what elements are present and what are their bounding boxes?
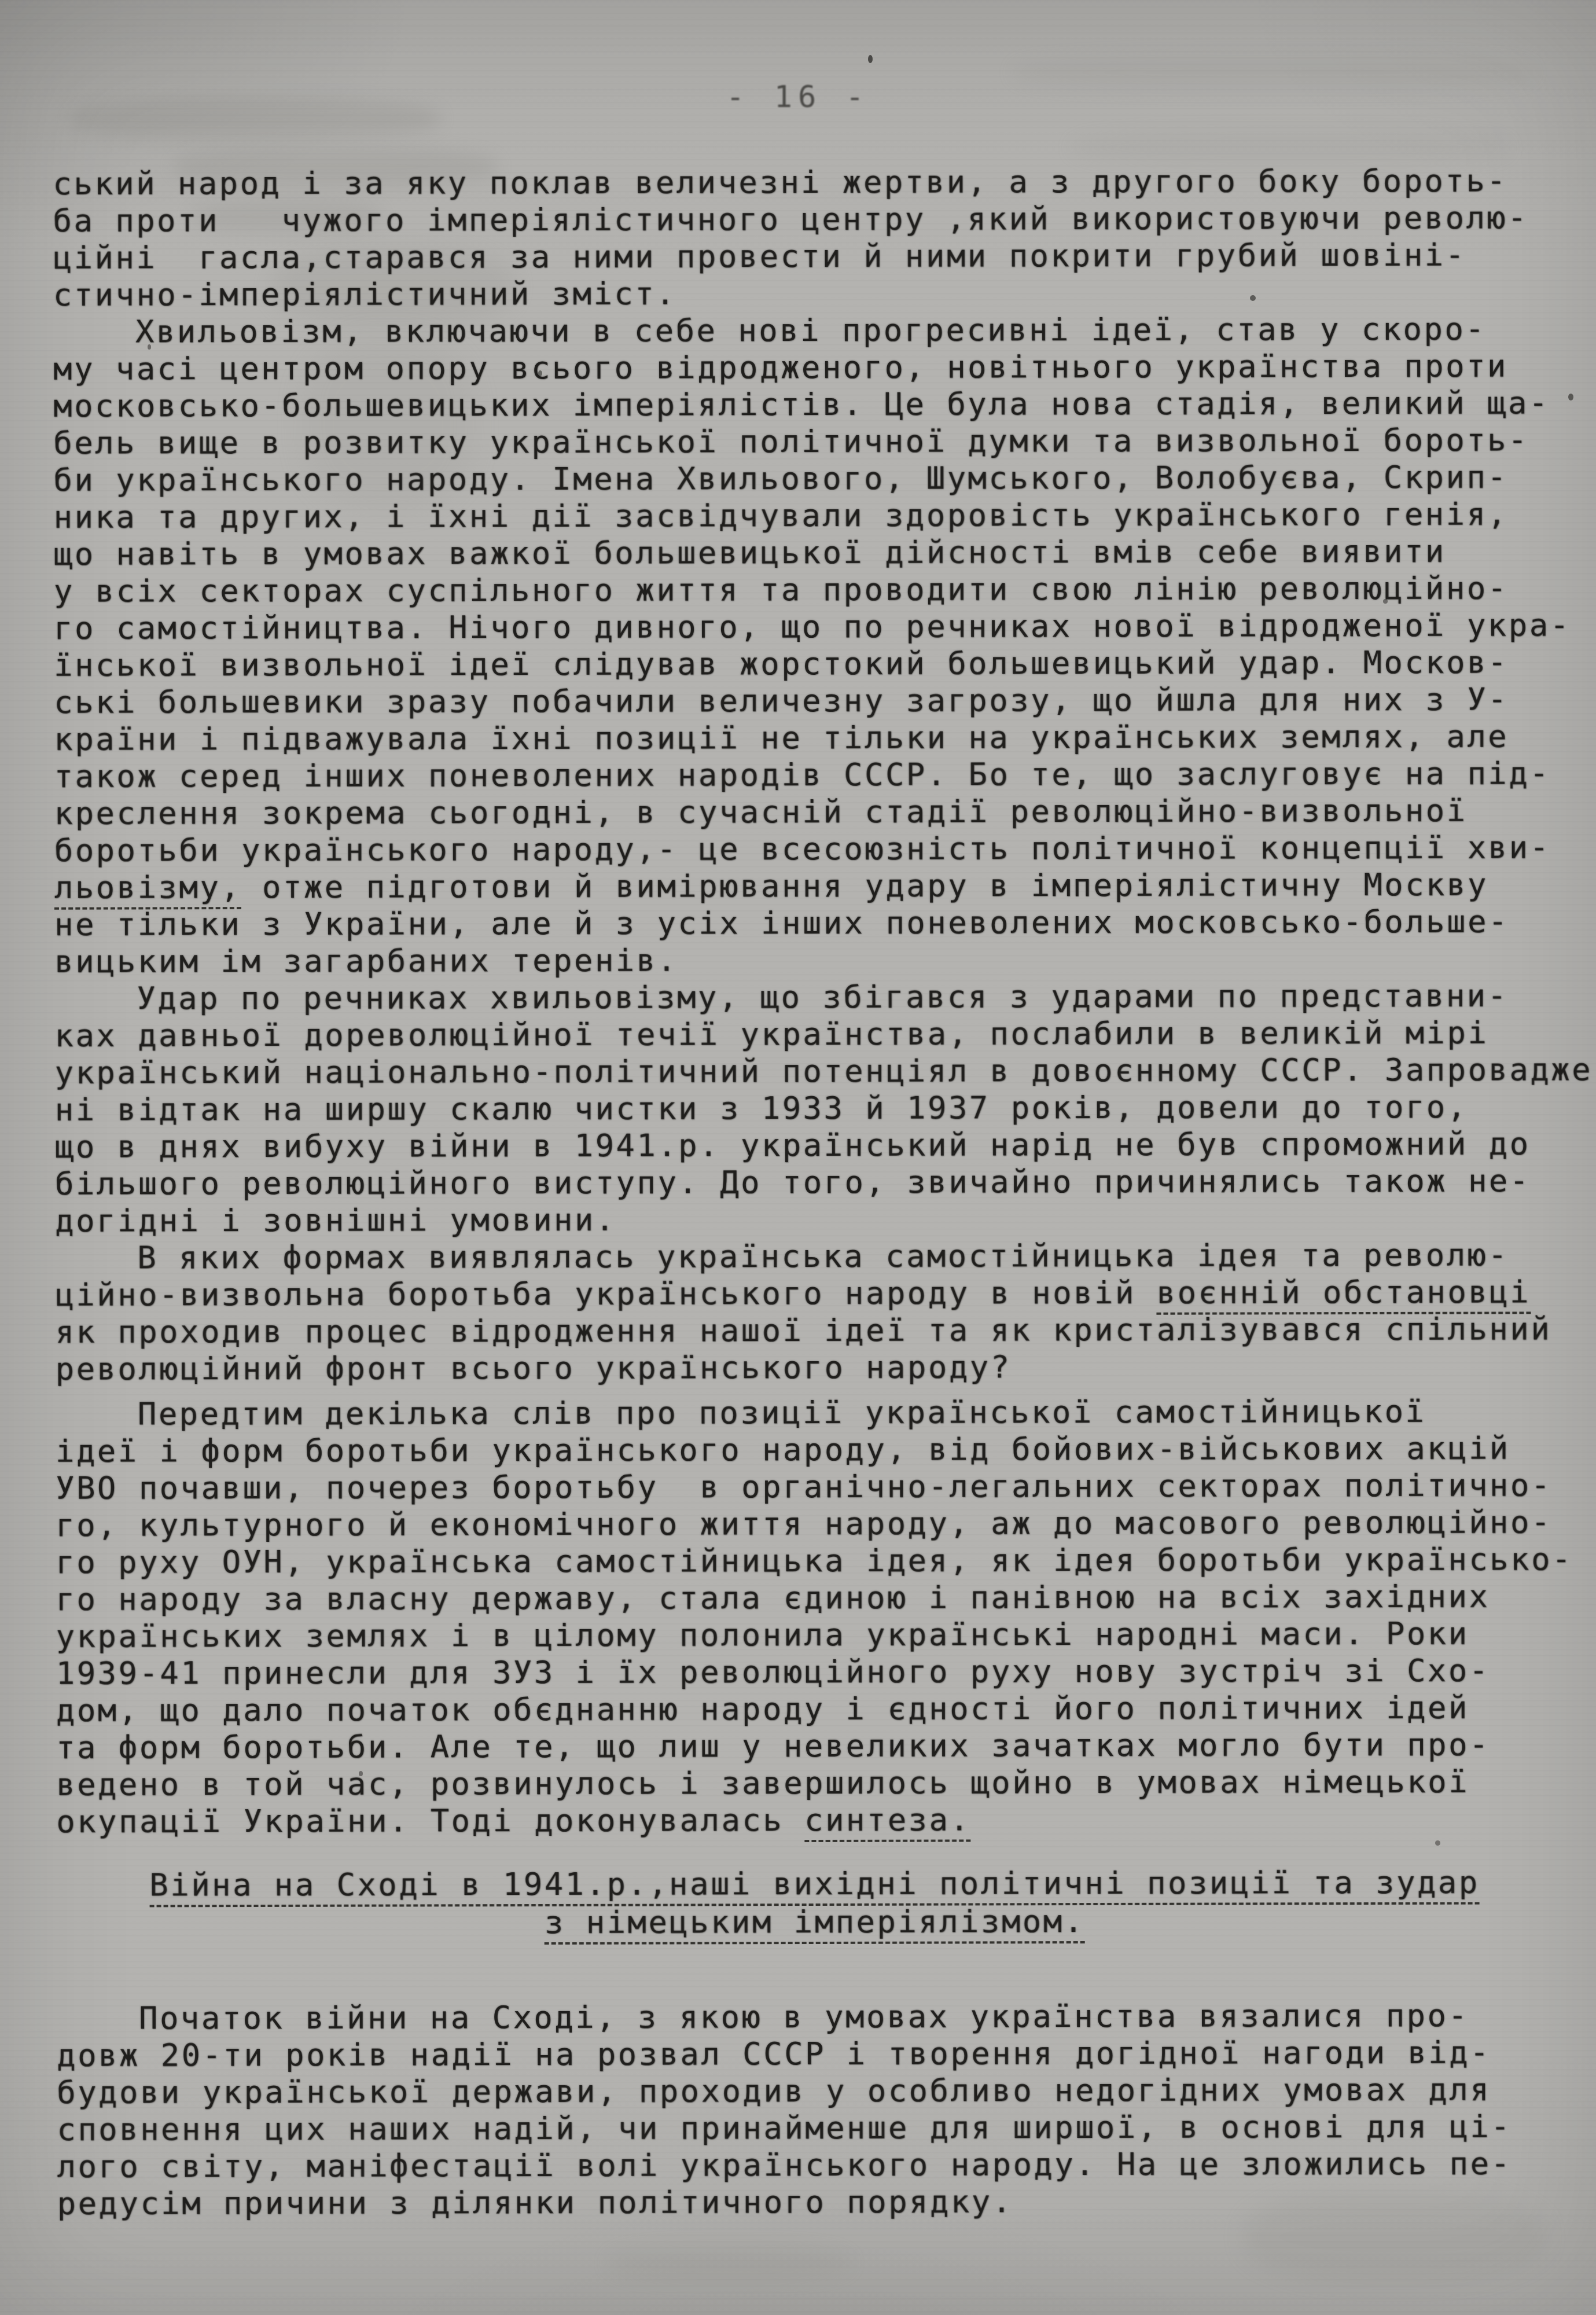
underlined-text: синтеза.: [804, 1801, 970, 1842]
bleedthrough-smudge: [608, 2246, 851, 2280]
text-line: би українського народу. Імена Хвильового…: [53, 458, 1569, 498]
text-line: Удар по речниках хвильовізму, що збігавс…: [54, 977, 1571, 1017]
paragraph: Удар по речниках хвильовізму, що збігавс…: [54, 977, 1571, 1239]
heading-line: з німецьким імперіялізмом.: [57, 1902, 1573, 1943]
text-line: ках давньої дореволюційної течії українс…: [54, 1014, 1571, 1054]
paragraph: Передтим декілька слів про позиції украї…: [56, 1392, 1573, 1840]
paragraph: ський народ і за яку поклав величезні же…: [53, 162, 1569, 313]
text-segment: країни і підважувала їхні позиції не тіл…: [54, 718, 1509, 757]
text-segment: го самостійництва. Нічого дивного, що по…: [54, 607, 1571, 646]
text-line: ські большевики зразу побачили величезну…: [54, 681, 1570, 721]
text-line: у всіх секторах суспільного життя та про…: [54, 569, 1570, 609]
text-line: В яких формах виявлялась українська само…: [55, 1236, 1571, 1276]
text-line: льовізму, отже підготови й вимірювання у…: [54, 866, 1571, 906]
dust-speck: [868, 55, 873, 63]
text-line: му часі центром опору всього відродженог…: [53, 347, 1569, 387]
text-line: боротьби українського народу,- це всесою…: [54, 829, 1571, 869]
text-segment: вицьким ім загарбаних теренів.: [54, 942, 678, 979]
text-line: Початок війни на Сході, з якою в умовах …: [57, 1997, 1573, 2037]
text-line: бель вище в розвитку української політич…: [53, 421, 1569, 461]
text-line: московсько-большевицьких імперіялістів. …: [53, 384, 1569, 424]
text-segment: лого світу, маніфестації волі українсько…: [57, 2145, 1512, 2184]
text-line: го руху ОУН, українська самостійницька і…: [56, 1541, 1572, 1581]
text-line: революційний фронт всього українського н…: [56, 1347, 1572, 1387]
text-segment: го народу за власну державу, стала єдино…: [56, 1578, 1490, 1618]
text-segment: більшого революційного виступу. До того,…: [55, 1162, 1531, 1201]
text-segment: московсько-большевицьких імперіялістів. …: [53, 384, 1550, 424]
text-segment: Початок війни на Сході, з якою в умовах …: [139, 1997, 1469, 2037]
page-number: - 16 -: [0, 80, 1596, 115]
text-line: ідеї і форм боротьби українського народу…: [56, 1430, 1572, 1469]
text-segment: ідеї і форм боротьби українського народу…: [56, 1430, 1510, 1469]
text-line: редусім причини з ділянки політичного по…: [57, 2182, 1573, 2222]
text-segment: Хвильовізм, включаючи в себе нові прогре…: [135, 311, 1486, 350]
text-segment: догідні і зовнішні умовини.: [55, 1201, 616, 1239]
text-line: ційні гасла,старався за ними провести й …: [53, 236, 1569, 276]
text-line: що навіть в умовах важкої большевицької …: [54, 532, 1570, 572]
text-line: країни і підважувала їхні позиції не тіл…: [54, 718, 1570, 758]
text-line: лого світу, маніфестації волі українсько…: [57, 2145, 1573, 2185]
text-segment: го, культурного й економічного життя нар…: [56, 1504, 1552, 1543]
text-segment: Передтим декілька слів про позиції украї…: [138, 1393, 1426, 1432]
text-segment: редусім причини з ділянки політичного по…: [57, 2183, 1013, 2221]
text-line: го самостійництва. Нічого дивного, що по…: [54, 607, 1570, 646]
text-line: го, культурного й економічного життя нар…: [56, 1504, 1572, 1544]
text-line: ційно-визвольна боротьба українського на…: [55, 1273, 1571, 1313]
text-segment: ційні гасла,старався за ними провести й …: [53, 237, 1466, 276]
underlined-text: Війна на Сході в 1941.р.,наші вихідні по…: [149, 1864, 1479, 1908]
text-segment: би українського народу. Імена Хвильового…: [53, 458, 1508, 498]
text-line: Хвильовізм, включаючи в себе нові прогре…: [53, 310, 1569, 350]
text-line: також серед інших поневолених народів СС…: [54, 755, 1570, 795]
text-segment: український національно-політичний потен…: [54, 1051, 1596, 1091]
text-segment: му часі центром опору всього відродженог…: [53, 347, 1508, 387]
text-segment: також серед інших поневолених народів СС…: [54, 755, 1550, 794]
text-line: ника та других, і їхні дії засвідчували …: [53, 495, 1569, 535]
section-heading: Війна на Сході в 1941.р.,наші вихідні по…: [56, 1864, 1572, 1943]
paragraph: Хвильовізм, включаючи в себе нові прогре…: [53, 310, 1571, 980]
text-line: ський народ і за яку поклав величезні же…: [53, 162, 1569, 202]
text-line: УВО почавши, почерез боротьбу в органічн…: [56, 1467, 1572, 1506]
paragraph: Початок війни на Сході, з якою в умовах …: [57, 1997, 1573, 2222]
text-segment: УВО почавши, почерез боротьбу в органічн…: [56, 1467, 1552, 1506]
text-segment: В яких формах виявлялась українська само…: [137, 1236, 1509, 1276]
text-line: більшого революційного виступу. До того,…: [55, 1162, 1571, 1202]
text-segment: ба проти чужого імперіялістичного центру…: [53, 199, 1528, 238]
text-line: не тільки з України, але й з усіх інших …: [54, 903, 1571, 943]
text-line: дом, що дало початок обєднанню народу і …: [56, 1689, 1572, 1729]
text-segment: як проходив процес відродження нашої іде…: [55, 1310, 1551, 1350]
text-segment: боротьби українського народу,- це всесою…: [54, 829, 1551, 868]
text-line: що в днях вибуху війни в 1941.р. українс…: [55, 1125, 1571, 1165]
text-line: ні відтак на ширшу скалю чистки з 1933 й…: [55, 1088, 1571, 1128]
text-segment: го руху ОУН, українська самостійницька і…: [56, 1541, 1573, 1580]
text-segment: не тільки з України, але й з усіх інших …: [54, 903, 1509, 942]
text-segment: ні відтак на ширшу скалю чистки з 1933 й…: [55, 1089, 1468, 1128]
text-line: будови української держави, проходив у о…: [57, 2071, 1573, 2111]
text-line: вицьким ім загарбаних теренів.: [54, 940, 1571, 980]
text-line: креслення зокрема сьогодні, в сучасній с…: [54, 792, 1571, 832]
text-line: Передтим декілька слів про позиції украї…: [56, 1392, 1572, 1432]
text-line: стично-імперіялістичний зміст.: [53, 273, 1569, 313]
text-line: ведено в той час, розвинулось і завершил…: [56, 1763, 1572, 1803]
text-segment: їнської визвольної ідеї слідував жорсток…: [54, 644, 1509, 683]
text-segment: ника та других, і їхні дії засвідчували …: [53, 495, 1508, 535]
text-line: сповнення цих наших надій, чи принайменш…: [57, 2108, 1573, 2148]
underlined-text: воєнній обстановці: [1157, 1273, 1531, 1314]
text-line: та форм боротьби. Але те, що лиш у невел…: [56, 1726, 1572, 1766]
text-line: окупації України. Тоді доконувалась синт…: [56, 1800, 1572, 1840]
text-line: довж 20-ти років надії на розвал СССР і …: [57, 2034, 1573, 2074]
text-segment: будови української держави, проходив у о…: [57, 2071, 1491, 2111]
text-line: догідні і зовнішні умовини.: [55, 1199, 1571, 1239]
text-segment: що в днях вибуху війни в 1941.р. українс…: [55, 1125, 1531, 1164]
text-line: 1939-41 принесли для ЗУЗ і їх революційн…: [56, 1652, 1572, 1692]
text-segment: українських землях і в цілому полонила у…: [56, 1615, 1469, 1655]
text-line: ба проти чужого імперіялістичного центру…: [53, 199, 1569, 239]
heading-line: Війна на Сході в 1941.р.,наші вихідні по…: [56, 1864, 1572, 1905]
text-segment: та форм боротьби. Але те, що лиш у невел…: [56, 1726, 1490, 1766]
text-segment: ційно-визвольна боротьба українського на…: [55, 1274, 1156, 1313]
text-line: український національно-політичний потен…: [54, 1051, 1571, 1091]
underlined-text: з німецьким імперіялізмом.: [545, 1903, 1085, 1945]
text-column: ський народ і за яку поклав величезні же…: [53, 162, 1573, 2222]
text-segment: окупації України. Тоді доконувалась: [56, 1802, 804, 1840]
text-segment: дом, що дало початок обєднанню народу і …: [56, 1689, 1469, 1729]
text-line: українських землях і в цілому полонила у…: [56, 1615, 1572, 1655]
text-segment: 1939-41 принесли для ЗУЗ і їх революційн…: [56, 1652, 1490, 1692]
text-segment: креслення зокрема сьогодні, в сучасній с…: [54, 792, 1468, 832]
text-line: го народу за власну державу, стала єдино…: [56, 1578, 1572, 1618]
text-line: їнської визвольної ідеї слідував жорсток…: [54, 644, 1570, 684]
bleedthrough-smudge: [1071, 130, 1510, 165]
text-segment: сповнення цих наших надій, чи принайменш…: [57, 2108, 1512, 2147]
text-segment: у всіх секторах суспільного життя та про…: [54, 569, 1509, 609]
scanned-document-page: - 16 - ський народ і за яку поклав велич…: [0, 0, 1596, 2315]
text-segment: ські большевики зразу побачили величезну…: [54, 681, 1509, 720]
text-segment: отже підготови й вимірювання удару в імп…: [241, 866, 1488, 906]
text-segment: Удар по речниках хвильовізму, що збігавс…: [137, 977, 1508, 1016]
underlined-text: льовізму,: [54, 869, 241, 910]
text-segment: бель вище в розвитку української політич…: [53, 421, 1529, 461]
text-segment: революційний фронт всього українського н…: [56, 1348, 1012, 1387]
text-segment: стично-імперіялістичний зміст.: [53, 275, 676, 313]
text-line: як проходив процес відродження нашої іде…: [55, 1310, 1571, 1350]
text-segment: ках давньої дореволюційної течії українс…: [54, 1015, 1488, 1054]
text-segment: ський народ і за яку поклав величезні же…: [53, 162, 1507, 201]
paragraph: В яких формах виявлялась українська само…: [55, 1236, 1572, 1387]
text-segment: довж 20-ти років надії на розвал СССР і …: [57, 2034, 1491, 2074]
text-segment: ведено в той час, розвинулось і завершил…: [56, 1763, 1469, 1803]
text-segment: що навіть в умовах важкої большевицької …: [54, 533, 1446, 572]
